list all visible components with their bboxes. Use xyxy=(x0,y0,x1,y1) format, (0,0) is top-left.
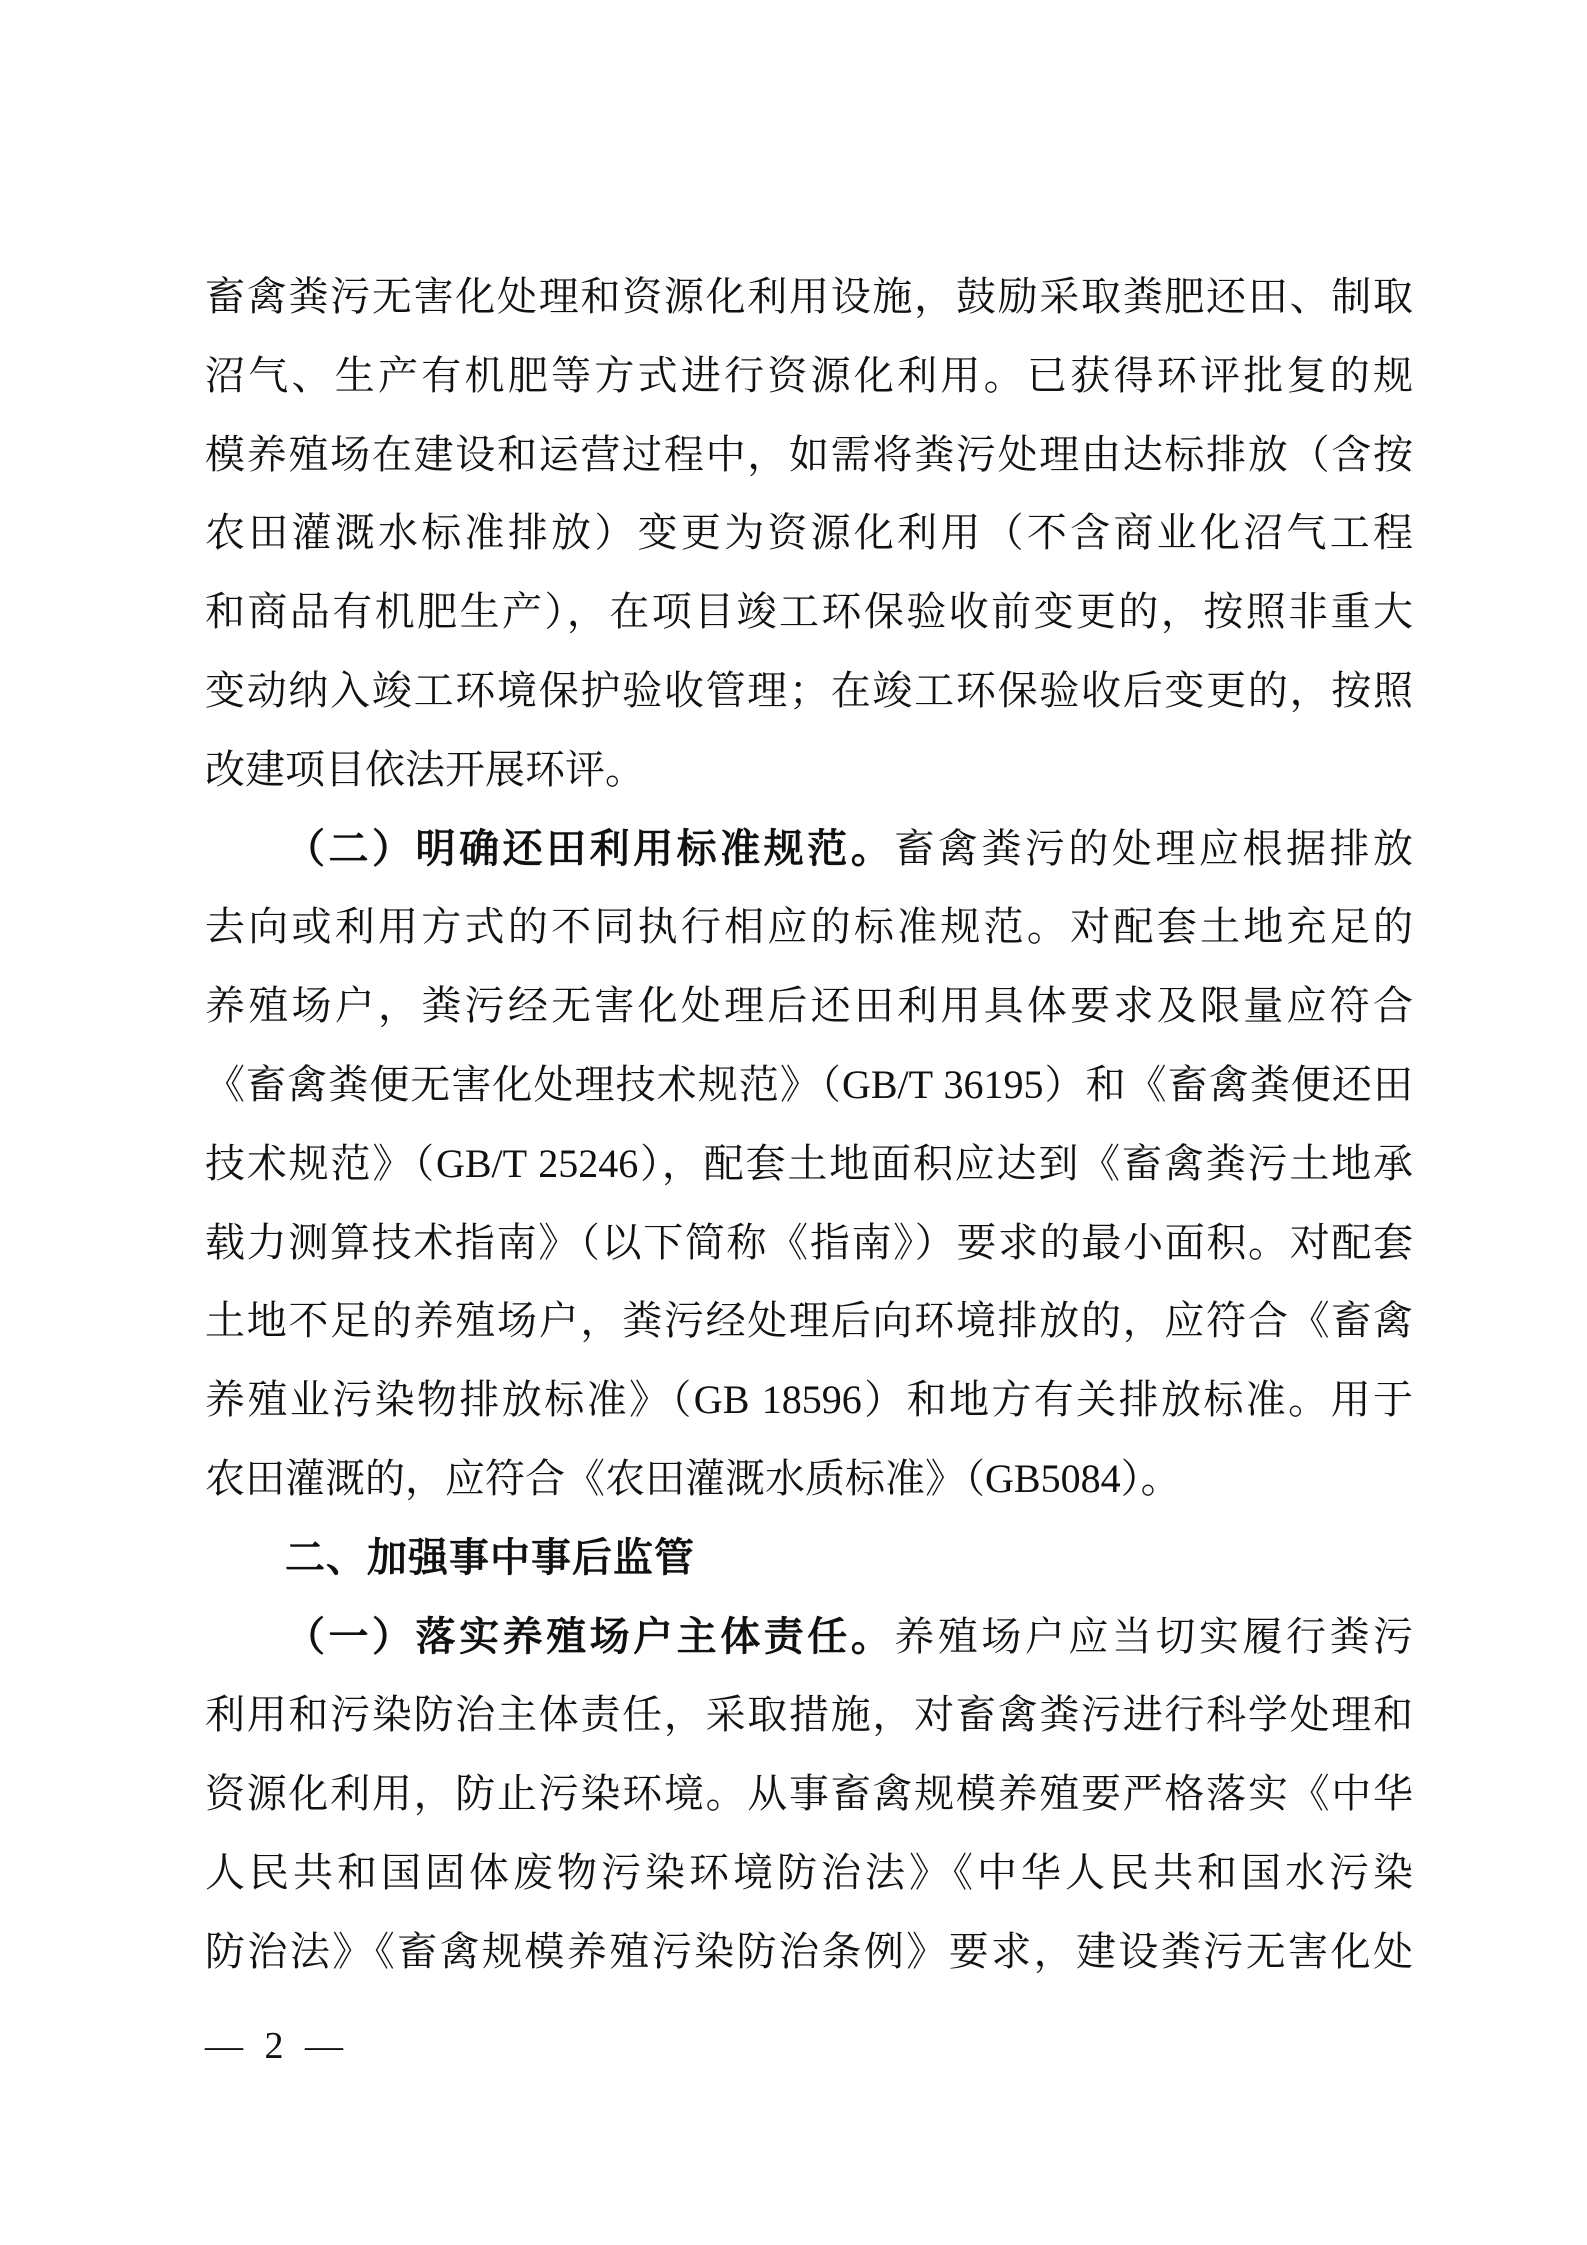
body-text: 畜禽粪污无害化处理和资源化利用设施，鼓励采取粪肥还田、制取 xyxy=(205,274,1413,319)
body-text: 变动纳入竣工环境保护验收管理；在竣工环保验收后变更的，按照 xyxy=(205,668,1413,713)
text-line: 农田灌溉水标准排放）变更为资源化利用（不含商业化沼气工程 xyxy=(205,494,1413,573)
text-line: 农田灌溉的，应符合《农田灌溉水质标准》（GB5084）。 xyxy=(205,1440,1413,1519)
body-text: 利用和污染防治主体责任，采取措施，对畜禽粪污进行科学处理和 xyxy=(205,1692,1413,1737)
body-text: 畜禽粪污的处理应根据排放 xyxy=(894,826,1413,871)
text-line: 资源化利用，防止污染环境。从事畜禽规模养殖要严格落实《中华 xyxy=(205,1755,1413,1834)
body-text: 农田灌溉的，应符合《农田灌溉水质标准》（GB5084）。 xyxy=(205,1456,1181,1501)
paragraph-lead-bold: （一）落实养殖场户主体责任。 xyxy=(285,1614,894,1659)
body-text: 资源化利用，防止污染环境。从事畜禽规模养殖要严格落实《中华 xyxy=(205,1771,1413,1816)
text-line: 改建项目依法开展环评。 xyxy=(205,731,1413,810)
body-text: 技术规范》（GB/T 25246），配套土地面积应达到《畜禽粪污土地承 xyxy=(205,1141,1413,1186)
body-text: 养殖场户，粪污经无害化处理后还田利用具体要求及限量应符合 xyxy=(205,983,1413,1028)
page-number: — 2 — xyxy=(205,2024,349,2068)
body-text: 沼气、生产有机肥等方式进行资源化利用。已获得环评批复的规 xyxy=(205,353,1413,398)
body-text: 和商品有机肥生产），在项目竣工环保验收前变更的，按照非重大 xyxy=(205,589,1413,634)
text-line: （一）落实养殖场户主体责任。养殖场户应当切实履行粪污 xyxy=(205,1598,1413,1677)
body-text: 《畜禽粪便无害化处理技术规范》（GB/T 36195）和《畜禽粪便还田 xyxy=(205,1062,1413,1107)
body-text: 养殖场户应当切实履行粪污 xyxy=(894,1614,1413,1659)
body-text: 防治法》《畜禽规模养殖污染防治条例》要求，建设粪污无害化处 xyxy=(205,1929,1413,1974)
text-line: 和商品有机肥生产），在项目竣工环保验收前变更的，按照非重大 xyxy=(205,573,1413,652)
text-line: 利用和污染防治主体责任，采取措施，对畜禽粪污进行科学处理和 xyxy=(205,1676,1413,1755)
document-body: 畜禽粪污无害化处理和资源化利用设施，鼓励采取粪肥还田、制取沼气、生产有机肥等方式… xyxy=(205,258,1413,1992)
text-line: 人民共和国固体废物污染环境防治法》《中华人民共和国水污染 xyxy=(205,1834,1413,1913)
body-text: 载力测算技术指南》（以下简称《指南》）要求的最小面积。对配套 xyxy=(205,1220,1413,1265)
body-text: 养殖业污染物排放标准》（GB 18596）和地方有关排放标准。用于 xyxy=(205,1377,1413,1422)
text-line: 去向或利用方式的不同执行相应的标准规范。对配套土地充足的 xyxy=(205,888,1413,967)
text-line: 变动纳入竣工环境保护验收管理；在竣工环保验收后变更的，按照 xyxy=(205,652,1413,731)
text-line: 土地不足的养殖场户，粪污经处理后向环境排放的，应符合《畜禽 xyxy=(205,1282,1413,1361)
paragraph-lead-bold: （二）明确还田利用标准规范。 xyxy=(285,826,894,871)
body-text: 土地不足的养殖场户，粪污经处理后向环境排放的，应符合《畜禽 xyxy=(205,1298,1413,1343)
body-text: 模养殖场在建设和运营过程中，如需将粪污处理由达标排放（含按 xyxy=(205,432,1413,477)
section-heading-text: 二、加强事中事后监管 xyxy=(285,1536,695,1580)
text-line: 沼气、生产有机肥等方式进行资源化利用。已获得环评批复的规 xyxy=(205,337,1413,416)
text-line: 《畜禽粪便无害化处理技术规范》（GB/T 36195）和《畜禽粪便还田 xyxy=(205,1046,1413,1125)
body-text: 去向或利用方式的不同执行相应的标准规范。对配套土地充足的 xyxy=(205,904,1413,949)
text-line: 畜禽粪污无害化处理和资源化利用设施，鼓励采取粪肥还田、制取 xyxy=(205,258,1413,337)
text-line: 模养殖场在建设和运营过程中，如需将粪污处理由达标排放（含按 xyxy=(205,416,1413,495)
section-heading-line: 二、加强事中事后监管 xyxy=(205,1519,1413,1598)
body-text: 农田灌溉水标准排放）变更为资源化利用（不含商业化沼气工程 xyxy=(205,510,1413,555)
document-page: 畜禽粪污无害化处理和资源化利用设施，鼓励采取粪肥还田、制取沼气、生产有机肥等方式… xyxy=(0,0,1587,2245)
body-text: 人民共和国固体废物污染环境防治法》《中华人民共和国水污染 xyxy=(205,1850,1413,1895)
text-line: 载力测算技术指南》（以下简称《指南》）要求的最小面积。对配套 xyxy=(205,1204,1413,1283)
text-line: 技术规范》（GB/T 25246），配套土地面积应达到《畜禽粪污土地承 xyxy=(205,1125,1413,1204)
text-line: 养殖业污染物排放标准》（GB 18596）和地方有关排放标准。用于 xyxy=(205,1361,1413,1440)
text-line: 养殖场户，粪污经无害化处理后还田利用具体要求及限量应符合 xyxy=(205,967,1413,1046)
text-line: 防治法》《畜禽规模养殖污染防治条例》要求，建设粪污无害化处 xyxy=(205,1913,1413,1992)
text-line: （二）明确还田利用标准规范。畜禽粪污的处理应根据排放 xyxy=(205,810,1413,889)
body-text: 改建项目依法开展环评。 xyxy=(205,747,645,792)
